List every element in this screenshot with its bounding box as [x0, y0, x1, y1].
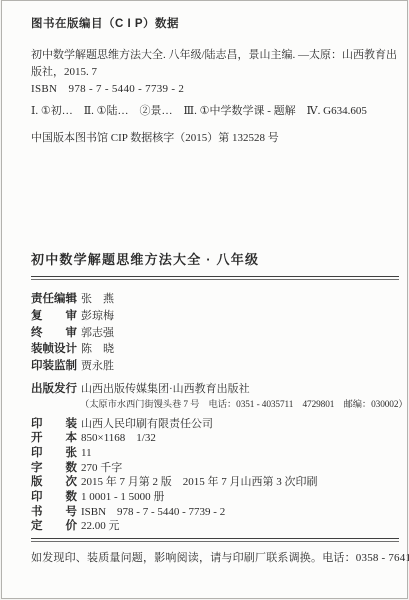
pub-value: 850×1168 1/32 [81, 431, 156, 446]
pub-value: 山西出版传媒集团·山西教育出版社 [81, 381, 250, 398]
cip-isbn: ISBN 978 - 7 - 5440 - 7739 - 2 [31, 81, 395, 98]
credit-value: 张 燕 [81, 291, 114, 308]
pub-label: 书 号 [31, 505, 81, 520]
credit-row: 责任编辑 张 燕 [31, 291, 395, 308]
pub-row: 定 价 22.00 元 [31, 519, 395, 534]
pub-row: 印 数 1 0001 - 1 5000 册 [31, 490, 395, 505]
pub-row: 版 次 2015 年 7 月第 2 版 2015 年 7 月山西第 3 次印刷 [31, 475, 395, 490]
publication-section: 出版发行 山西出版传媒集团·山西教育出版社 （太原市水西门街馒头巷 7 号 电话… [31, 381, 395, 534]
credit-row: 印装监制 贾永胜 [31, 358, 395, 375]
credits-section: 责任编辑 张 燕 复 审 彭琼梅 终 审 郭志强 装帧设计 陈 晓 印装监制 贾… [31, 291, 395, 375]
pub-value: ISBN 978 - 7 - 5440 - 7739 - 2 [81, 505, 225, 520]
credit-value: 郭志强 [81, 325, 114, 342]
credit-row: 终 审 郭志强 [31, 325, 395, 342]
pub-value: 山西人民印刷有限责任公司 [81, 417, 213, 432]
pub-label: 版 次 [31, 475, 81, 490]
pub-value: 270 千字 [81, 461, 122, 476]
credit-label: 印装监制 [31, 358, 81, 375]
pub-row: 开 本 850×1168 1/32 [31, 431, 395, 446]
footer-note: 如发现印、装质量问题，影响阅读，请与印刷厂联系调换。电话：0358 - 7641… [31, 551, 395, 565]
copyright-page: 图书在版编目（C I P）数据 初中数学解题思维方法大全. 八年级/陆志昌，景山… [1, 0, 408, 599]
credit-label: 终 审 [31, 325, 81, 342]
pub-label: 印 张 [31, 446, 81, 461]
book-title: 初中数学解题思维方法大全 · 八年级 [31, 252, 395, 267]
credit-label: 装帧设计 [31, 341, 81, 358]
pub-row: 书 号 ISBN 978 - 7 - 5440 - 7739 - 2 [31, 505, 395, 520]
credit-row: 复 审 彭琼梅 [31, 308, 395, 325]
credit-value: 陈 晓 [81, 341, 114, 358]
pub-rows-group: 印 装 山西人民印刷有限责任公司 开 本 850×1168 1/32 印 张 1… [31, 417, 395, 535]
pub-value: 1 0001 - 1 5000 册 [81, 490, 164, 505]
credit-value: 贾永胜 [81, 358, 114, 375]
pub-value: 22.00 元 [81, 519, 120, 534]
pub-value: 2015 年 7 月第 2 版 2015 年 7 月山西第 3 次印刷 [81, 475, 318, 490]
cip-section: 图书在版编目（C I P）数据 初中数学解题思维方法大全. 八年级/陆志昌，景山… [31, 17, 395, 146]
title-divider-rule [31, 276, 399, 280]
credit-label: 责任编辑 [31, 291, 81, 308]
pub-label: 出版发行 [31, 381, 81, 398]
credit-row: 装帧设计 陈 晓 [31, 341, 395, 358]
pub-row: 字 数 270 千字 [31, 461, 395, 476]
pub-row: 印 张 11 [31, 446, 395, 461]
pub-label: 字 数 [31, 461, 81, 476]
publisher-address-note: （太原市水西门街馒头巷 7 号 电话：0351 - 4035711 472980… [31, 398, 395, 414]
cip-record-number: 中国版本图书馆 CIP 数据核字（2015）第 132528 号 [31, 131, 395, 146]
pub-label: 印 装 [31, 417, 81, 432]
cip-description: 初中数学解题思维方法大全. 八年级/陆志昌，景山主编. —太原：山西教育出版社，… [31, 47, 401, 81]
credit-value: 彭琼梅 [81, 308, 114, 325]
credit-label: 复 审 [31, 308, 81, 325]
title-section: 初中数学解题思维方法大全 · 八年级 [31, 252, 395, 280]
pub-label: 定 价 [31, 519, 81, 534]
pub-row: 出版发行 山西出版传媒集团·山西教育出版社 [31, 381, 395, 398]
footer-section: 如发现印、装质量问题，影响阅读，请与印刷厂联系调换。电话：0358 - 7641… [31, 538, 395, 565]
pub-value: 11 [81, 446, 92, 461]
pub-row: 印 装 山西人民印刷有限责任公司 [31, 417, 395, 432]
pub-label: 开 本 [31, 431, 81, 446]
footer-divider-rule [31, 538, 399, 542]
cip-heading: 图书在版编目（C I P）数据 [31, 17, 395, 32]
cip-classification: Ⅰ. ①初… Ⅱ. ①陆… ②景… Ⅲ. ①中学数学课 - 题解 Ⅳ. G634… [31, 104, 395, 119]
pub-label: 印 数 [31, 490, 81, 505]
